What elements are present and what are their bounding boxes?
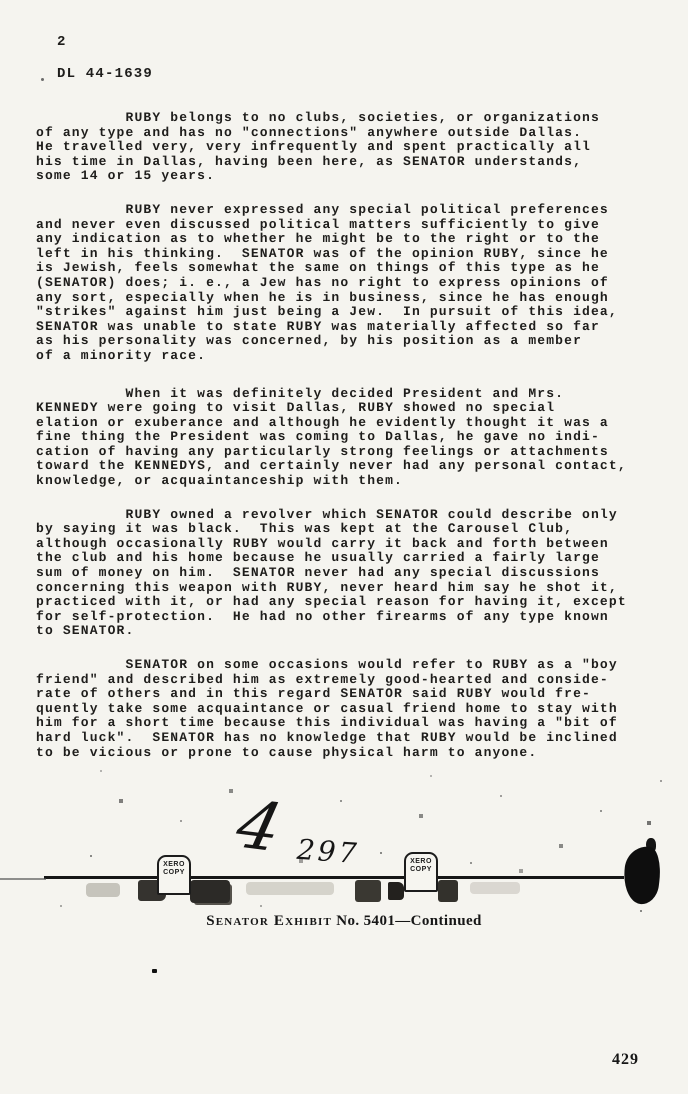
stamp-text-line1: XERO <box>159 861 189 869</box>
toner-smudge <box>470 882 520 894</box>
paragraph-kennedy-visit: When it was definitely decided President… <box>36 387 652 489</box>
photocopy-noise <box>0 0 2 2</box>
stamp-text-line1: XERO <box>406 858 436 866</box>
toner-smudge <box>246 882 334 895</box>
xero-copy-stamp: XERO COPY <box>404 852 438 892</box>
paragraph-revolver: RUBY owned a revolver which SENATOR coul… <box>36 508 652 639</box>
toner-smudge <box>86 883 120 897</box>
page-number-bottom: 429 <box>612 1051 639 1069</box>
exhibit-caption: Senator Exhibit No. 5401—Continued <box>0 913 688 930</box>
toner-smudge <box>190 880 230 903</box>
toner-smudge <box>355 880 381 902</box>
handwritten-number-4: 4 <box>229 786 288 867</box>
stamp-text-line2: COPY <box>159 869 189 877</box>
scanned-document-page: 2 DL 44-1639 RUBY belongs to no clubs, s… <box>0 0 688 1094</box>
typewritten-body: RUBY belongs to no clubs, societies, or … <box>36 111 652 779</box>
photocopy-edge-line <box>44 876 624 879</box>
photocopy-edge-line-faint <box>0 878 46 880</box>
toner-smudge <box>438 880 458 902</box>
xero-copy-stamp: XERO COPY <box>157 855 191 895</box>
exhibit-caption-smallcaps: Senator Exhibit <box>206 913 332 929</box>
file-number: DL 44-1639 <box>57 66 153 82</box>
paragraph-clubs: RUBY belongs to no clubs, societies, or … <box>36 111 652 184</box>
page-number-top: 2 <box>57 34 66 50</box>
paragraph-boy-friend: SENATOR on some occasions would refer to… <box>36 658 652 760</box>
toner-smudge <box>388 882 404 900</box>
stamp-text-line2: COPY <box>406 866 436 874</box>
ink-blot <box>621 844 664 906</box>
ink-speck <box>152 969 157 973</box>
handwritten-number-297: 297 <box>296 833 361 870</box>
ink-speck <box>41 78 44 81</box>
paragraph-political: RUBY never expressed any special politic… <box>36 203 652 364</box>
exhibit-caption-rest: No. 5401—Continued <box>332 913 482 929</box>
